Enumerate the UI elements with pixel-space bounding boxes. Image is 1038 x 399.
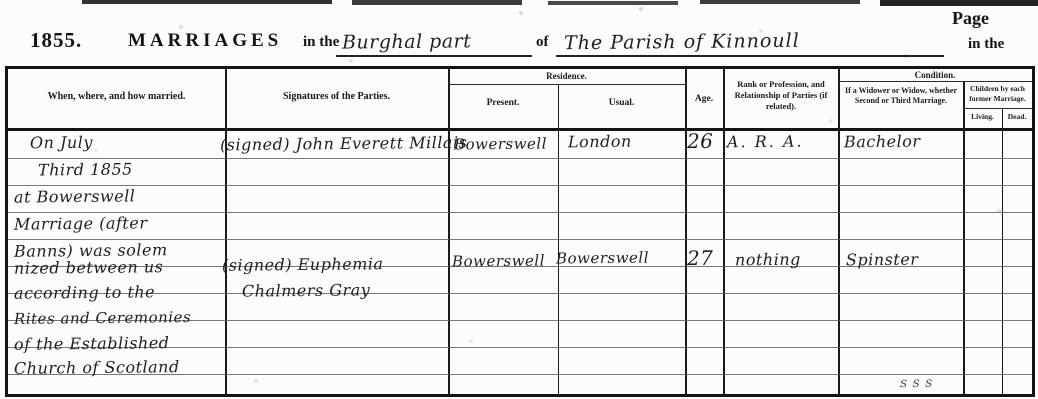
bride-residence-usual: Bowerswell (556, 249, 649, 268)
register-title: MARRIAGES (128, 30, 282, 52)
marriage-register-scan: 1855. MARRIAGES in the Burghal part of T… (0, 0, 1038, 399)
column-divider (448, 69, 450, 394)
col-residence: Residence. (448, 71, 685, 83)
paper-noise (0, 0, 2, 2)
col-condition: Condition. (838, 70, 1032, 82)
groom-residence-present: Bowerswell (454, 135, 547, 154)
entry-when-line: Third 1855 (38, 160, 133, 180)
pen-flourish: s s s (900, 375, 933, 391)
groom-residence-usual: London (568, 132, 632, 152)
bride-signature-line2: Chalmers Gray (242, 280, 370, 300)
entry-when-line: Rites and Ceremonies (14, 308, 191, 328)
col-signatures: Signatures of the Parties. (225, 90, 448, 103)
scan-edge-artifact (700, 0, 860, 4)
col-usual: Usual. (558, 97, 685, 109)
groom-condition: Bachelor (844, 132, 921, 152)
year-label: 1855. (30, 28, 82, 53)
title-in-the-label: in the (303, 34, 339, 51)
scan-edge-artifact (880, 0, 1038, 6)
children-underline (963, 108, 1032, 109)
entry-when-line: of the Established (14, 333, 170, 354)
column-divider (685, 69, 687, 394)
bride-age: 27 (687, 246, 714, 270)
scan-edge-artifact (352, 0, 522, 5)
col-when-where-how: When, where, and how married. (8, 90, 225, 103)
column-divider (838, 69, 840, 394)
place-blank-value: Burghal part (342, 30, 472, 53)
scan-edge-artifact (548, 1, 678, 5)
col-rank: Rank or Profession, and Relationship of … (726, 79, 836, 112)
groom-rank: A. R. A. (727, 132, 804, 152)
col-age: Age. (685, 93, 723, 105)
register-table: When, where, and how married. Signatures… (5, 66, 1035, 397)
entry-when-line: nized between us (14, 257, 164, 278)
ruled-line (8, 212, 1032, 213)
parish-blank-value: The Parish of Kinnoull (564, 30, 800, 54)
col-living: Living. (963, 112, 1002, 122)
place-blank-underline: Burghal part (336, 29, 532, 57)
trailing-in-the-label: in the (968, 36, 1004, 53)
column-divider (1002, 108, 1003, 394)
ruled-line (8, 185, 1032, 186)
col-dead: Dead. (1002, 112, 1032, 122)
col-children: Children by each former Marriage. (965, 84, 1030, 104)
bride-condition: Spinster (846, 250, 919, 270)
col-widower: If a Widower or Widow, whether Second or… (841, 86, 961, 107)
page-label: Page (952, 8, 989, 29)
scan-edge-artifact (82, 0, 332, 4)
ruled-line (8, 293, 1032, 294)
residence-underline (448, 84, 685, 85)
bride-signature-line1: (signed) Euphemia (222, 254, 384, 275)
column-divider (723, 69, 725, 394)
entry-when-line: On July (30, 133, 93, 153)
of-label: of (536, 34, 549, 51)
bride-rank: nothing (735, 250, 801, 270)
entry-when-line: Church of Scotland (14, 357, 180, 378)
col-present: Present. (448, 97, 558, 109)
header-divider (8, 128, 1032, 131)
ruled-line (8, 158, 1032, 159)
groom-signature: (signed) John Everett Millais (220, 133, 467, 155)
parish-blank-underline: The Parish of Kinnoull (556, 29, 944, 57)
column-divider (225, 69, 227, 394)
entry-when-line: Marriage (after (14, 213, 148, 233)
entry-when-line: at Bowerswell (14, 186, 136, 206)
entry-when-line: according to the (14, 282, 155, 302)
groom-age: 26 (687, 129, 714, 153)
bride-residence-present: Bowerswell (452, 252, 545, 271)
